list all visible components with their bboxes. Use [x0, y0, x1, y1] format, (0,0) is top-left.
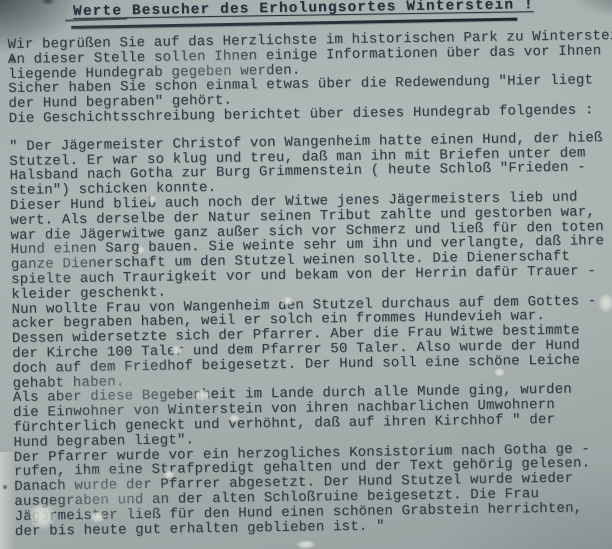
story-paragraph: " Der Jägermeister Christof von Wangenhe…: [9, 130, 612, 540]
title-underline-rule: [71, 18, 517, 29]
dirt-mark: [2, 484, 8, 490]
page-title: Werte Besucher des Erholungsortes Winter…: [73, 0, 534, 20]
sign-photo: Werte Besucher des Erholungsortes Winter…: [0, 0, 612, 549]
damage-spot: [296, 540, 316, 549]
typewritten-text: Werte Besucher des Erholungsortes Winter…: [7, 0, 612, 539]
intro-paragraph: Wir begrüßen Sie auf das Herzlichste im …: [7, 28, 612, 127]
